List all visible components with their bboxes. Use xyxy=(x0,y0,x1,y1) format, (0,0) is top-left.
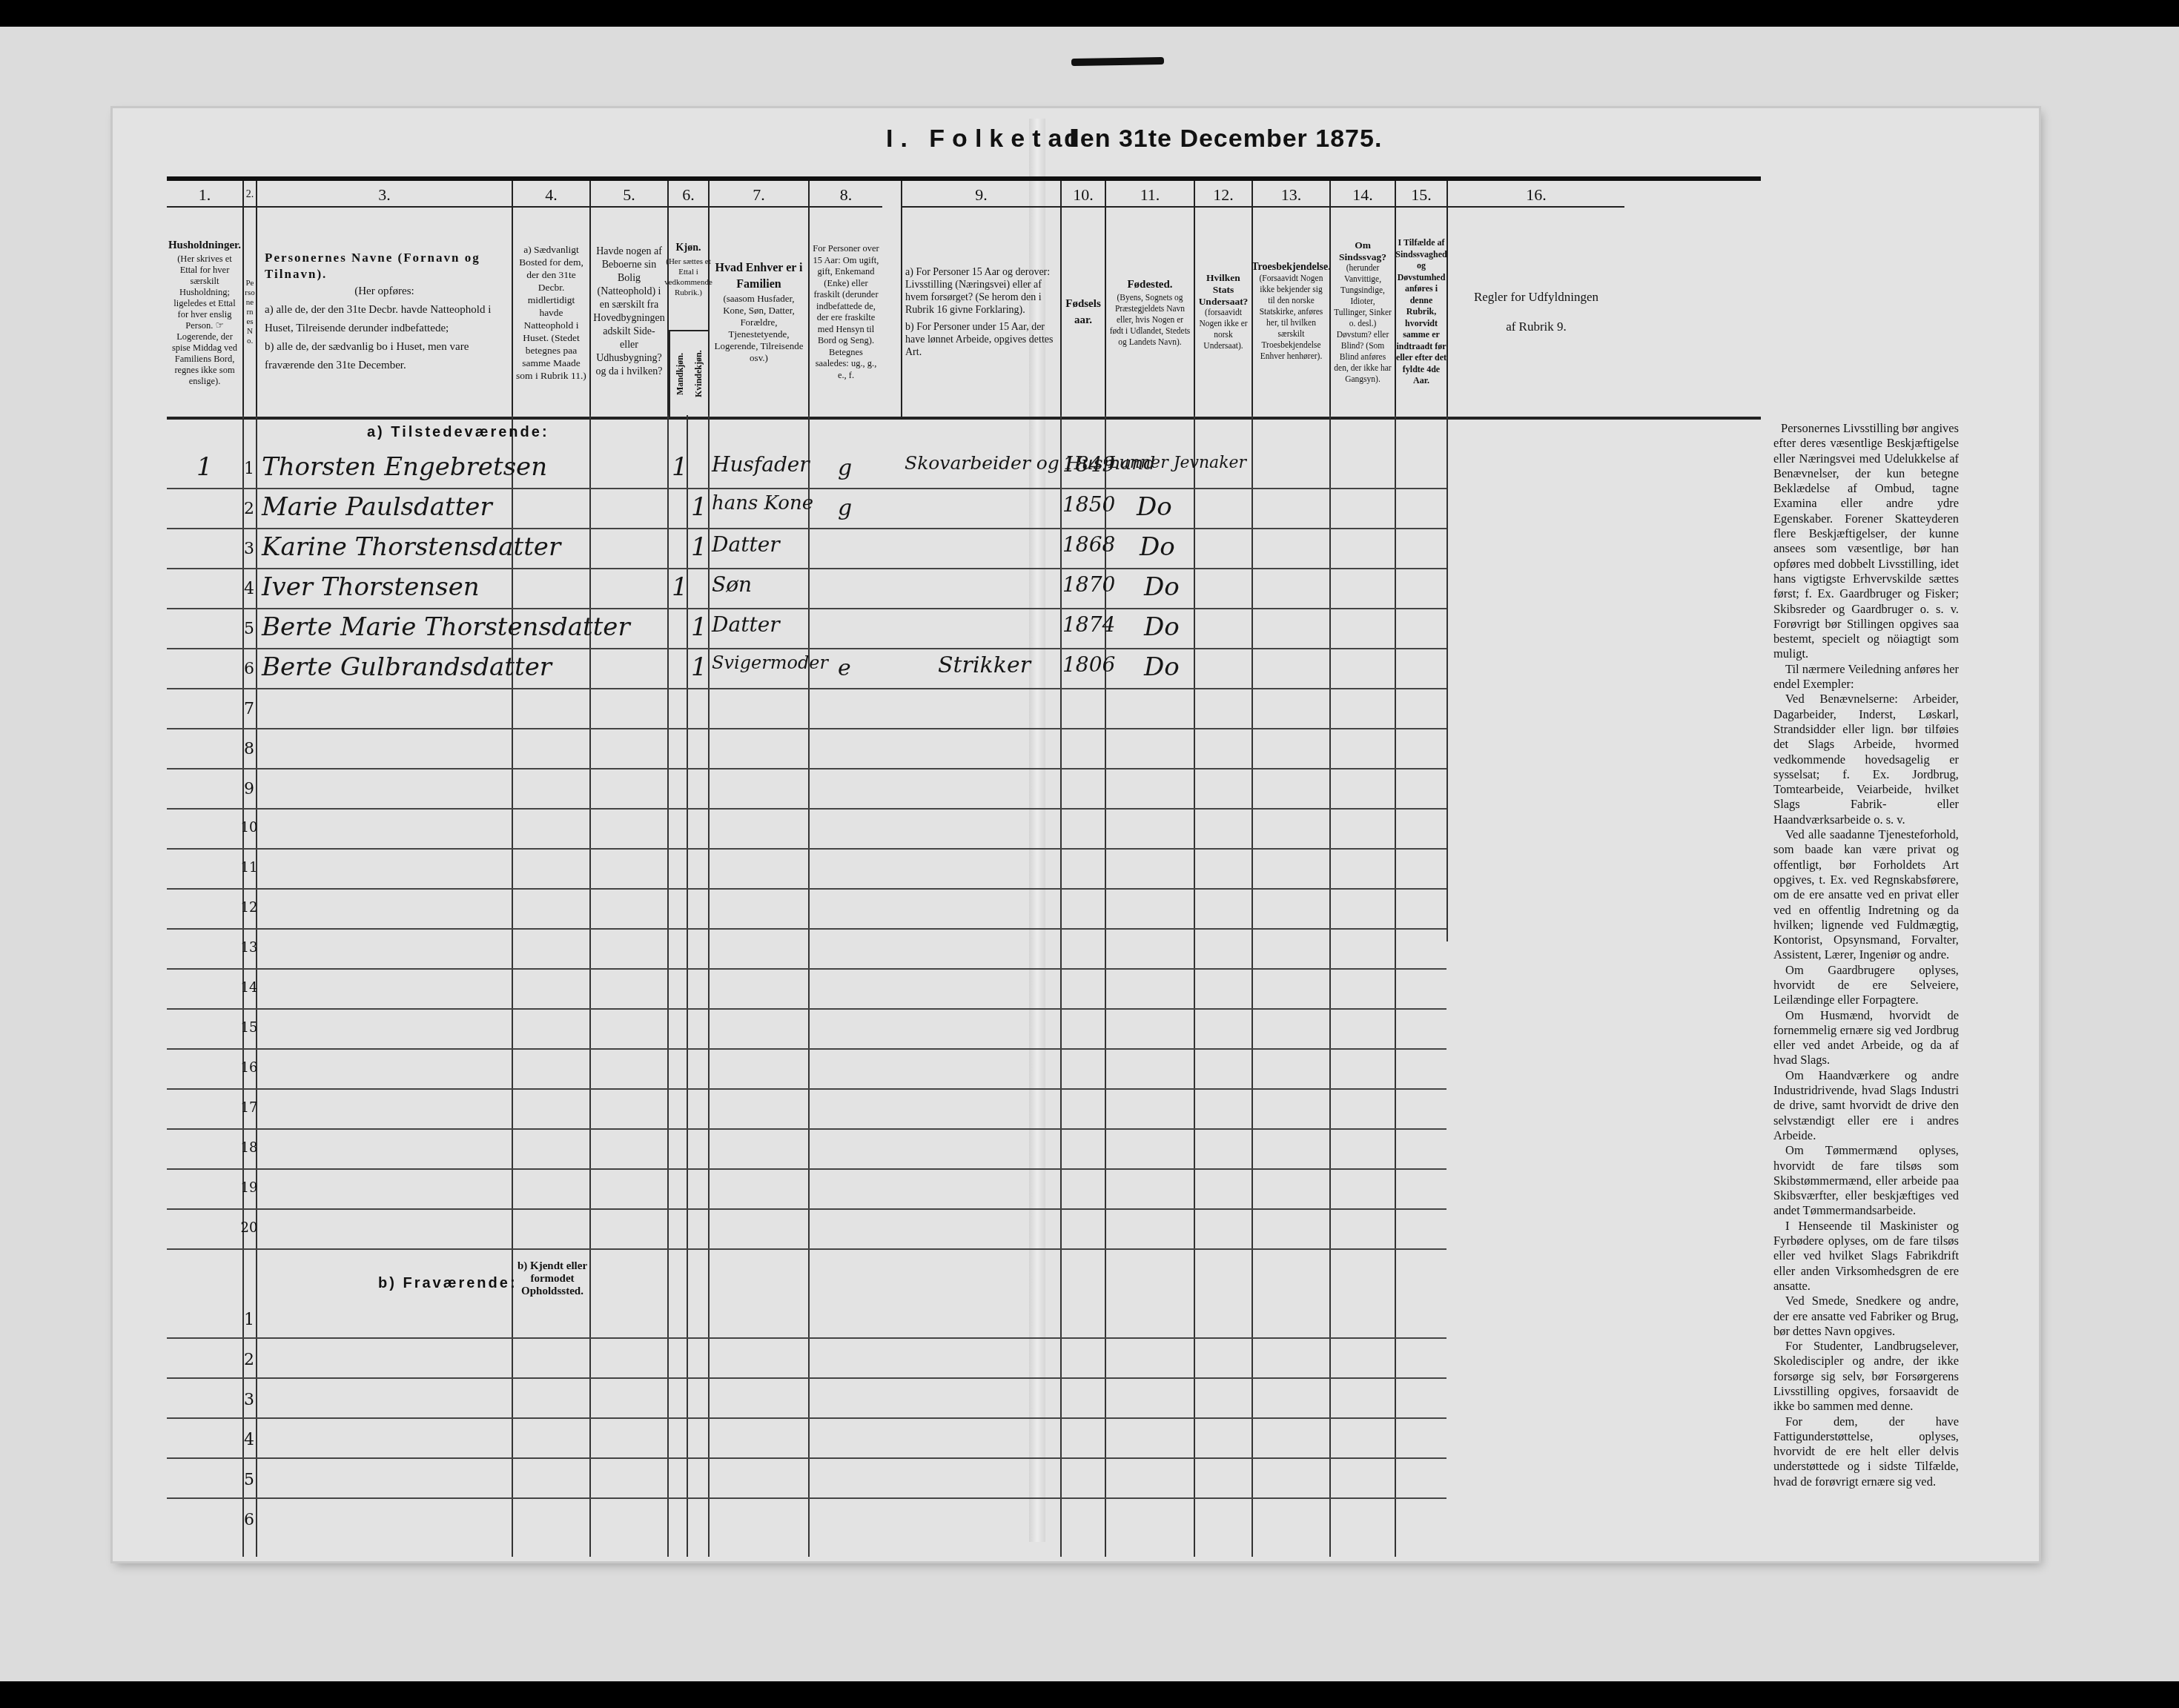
col-16-header: 16. Regler for Udfyldningen af Rubrik 9. xyxy=(1446,181,1624,417)
entry-name: Karine Thorstensdatter xyxy=(262,532,561,562)
rubrik-9-rules-text: Personernes Livsstilling bør angives eft… xyxy=(1773,421,1959,1489)
row-line xyxy=(167,728,1446,729)
col-14-header: 14. Om Sindssvag?(herunder Vanvittige, T… xyxy=(1329,181,1395,417)
female-subheader: Kvindekjøn. xyxy=(690,331,708,417)
row-number: 11 xyxy=(236,860,262,875)
row-number: 12 xyxy=(236,900,262,916)
row-number: 2 xyxy=(236,500,262,518)
col-5-header: 5. Havde nogen af Beboerne sin Bolig (Na… xyxy=(589,181,667,417)
divider xyxy=(589,415,591,1557)
row-line xyxy=(167,808,1446,810)
birthplace: Do xyxy=(1144,652,1180,682)
row-line xyxy=(167,1248,1446,1250)
divider xyxy=(1060,415,1062,1557)
col-1-header: 1. Husholdninger.(Her skrives et Ettal f… xyxy=(167,181,242,417)
row-line xyxy=(167,608,1446,609)
entry-role: Svigermoder xyxy=(712,652,828,673)
row-line xyxy=(167,848,1446,850)
birth-year: 1850 xyxy=(1062,492,1115,517)
row-number: 1 xyxy=(236,1311,262,1329)
col-10-header: 10. Fødselsaar. xyxy=(1060,181,1105,417)
row-line xyxy=(167,1088,1446,1090)
birth-year: 1806 xyxy=(1062,652,1115,677)
divider xyxy=(1329,415,1331,1557)
form-date: den 31te December 1875. xyxy=(1064,125,1382,153)
absent-col4-label: b) Kjendt eller formodet Opholdssted. xyxy=(515,1260,589,1298)
entry-occupation: Strikker xyxy=(938,652,1031,678)
row-number: 6 xyxy=(236,1511,262,1529)
row-line xyxy=(167,768,1446,769)
row-number: 6 xyxy=(236,660,262,678)
divider xyxy=(1395,415,1396,1557)
row-number: 13 xyxy=(236,940,262,956)
entry-name: Iver Thorstensen xyxy=(262,572,480,602)
row-number: 3 xyxy=(236,540,262,558)
birth-year: 1874 xyxy=(1062,612,1115,637)
row-line xyxy=(167,928,1446,930)
civil-status: e xyxy=(838,655,851,681)
entry-name: Berte Marie Thorstensdatter xyxy=(262,612,630,642)
row-number: 9 xyxy=(236,780,262,798)
entry-role: Datter xyxy=(712,612,780,637)
divider xyxy=(667,415,669,1557)
entry-role: Søn xyxy=(712,572,752,597)
row-line xyxy=(167,968,1446,970)
entry-role: Husfader xyxy=(712,452,810,477)
divider xyxy=(512,415,513,1557)
row-number: 15 xyxy=(236,1020,262,1036)
entry-role: Datter xyxy=(712,532,780,557)
row-number: 18 xyxy=(236,1140,262,1156)
row-number: 1 xyxy=(236,460,262,478)
birth-year: 1849 xyxy=(1062,452,1115,477)
col-3-header: 3. Personernes Navne (Fornavn og Tilnavn… xyxy=(256,181,512,417)
row-number: 4 xyxy=(236,1431,262,1449)
divider xyxy=(808,415,810,1557)
row-line xyxy=(167,888,1446,890)
col-2-header: 2. Personernes No. xyxy=(242,181,256,417)
entry-role: hans Kone xyxy=(712,492,813,514)
entry-name: Marie Paulsdatter xyxy=(262,492,492,522)
birthplace: Do xyxy=(1144,612,1180,642)
col-7-header: 7. Hvad Enhver er i Familien(saasom Husf… xyxy=(708,181,808,417)
divider xyxy=(1194,415,1195,1557)
birthplace: Do xyxy=(1144,572,1180,602)
col-8-header: 8. For Personer over 15 Aar: Om ugift, g… xyxy=(808,181,882,417)
col-12-header: 12. Hvilken Stats Undersaat?(forsaavidt … xyxy=(1194,181,1251,417)
male-mark: 1 xyxy=(672,572,688,602)
row-number: 8 xyxy=(236,740,262,758)
birth-year: 1868 xyxy=(1062,532,1115,557)
row-number: 4 xyxy=(236,580,262,598)
row-line xyxy=(167,528,1446,529)
row-line xyxy=(167,688,1446,689)
row-number: 10 xyxy=(236,820,262,835)
entry-name: Thorsten Engebretsen xyxy=(262,452,547,482)
row-number: 5 xyxy=(236,1471,262,1489)
row-line xyxy=(167,1048,1446,1050)
row-line xyxy=(167,1377,1446,1379)
census-table-body: a) Tilstedeværende: 1 2 3 4 5 6 7 8 9 10… xyxy=(167,415,1761,1557)
female-mark: 1 xyxy=(691,652,707,682)
row-number: 5 xyxy=(236,620,262,638)
divider xyxy=(1446,415,1448,941)
col-15-header: 15. I Tilfælde af Sindssvaghed og Døvstu… xyxy=(1395,181,1446,417)
absent-section-label: b) Fraværende: xyxy=(378,1275,518,1292)
divider xyxy=(1251,415,1253,1557)
row-line xyxy=(167,1128,1446,1130)
row-number: 2 xyxy=(236,1351,262,1369)
entry-name: Berte Gulbrandsdatter xyxy=(262,652,552,682)
row-line xyxy=(167,1497,1446,1499)
female-mark: 1 xyxy=(691,612,707,642)
row-number: 3 xyxy=(236,1391,262,1409)
row-line xyxy=(167,1208,1446,1210)
row-line xyxy=(167,1337,1446,1339)
birth-year: 1870 xyxy=(1062,572,1115,597)
row-line xyxy=(167,1457,1446,1459)
column-headers: 1. Husholdninger.(Her skrives et Ettal f… xyxy=(167,176,1761,420)
row-number: 7 xyxy=(236,700,262,718)
civil-status: g xyxy=(838,455,852,481)
col-6-header: 6. Kjøn.(Her sættes et Ettal i vedkommen… xyxy=(667,181,708,417)
birthplace: Lunner Jevnaker xyxy=(1108,454,1246,472)
col-13-header: 13. Troesbekjendelse.(Forsaavidt Nogen i… xyxy=(1251,181,1329,417)
male-subheader: Mandkjøn. xyxy=(669,331,690,417)
form-title: I. Folketal xyxy=(886,125,1084,153)
row-number: 19 xyxy=(236,1180,262,1196)
female-mark: 1 xyxy=(691,532,707,562)
row-line xyxy=(167,1417,1446,1419)
row-line xyxy=(167,1008,1446,1010)
birthplace: Do xyxy=(1140,532,1175,562)
present-section-label: a) Tilstedeværende: xyxy=(367,424,549,441)
col-9-header: 9. a) For Personer 15 Aar og derover: Li… xyxy=(901,181,1060,417)
row-number: 20 xyxy=(236,1220,262,1236)
row-line xyxy=(167,488,1446,489)
row-line xyxy=(167,1168,1446,1170)
col-11-header: 11. Fødested.(Byens, Sognets og Præstegj… xyxy=(1105,181,1194,417)
col-4-header: 4. a) Sædvanligt Bosted for dem, der den… xyxy=(512,181,589,417)
female-mark: 1 xyxy=(691,492,707,522)
row-number: 14 xyxy=(236,980,262,996)
civil-status: g xyxy=(838,495,852,521)
row-number: 17 xyxy=(236,1100,262,1116)
birthplace: Do xyxy=(1137,492,1172,522)
divider xyxy=(708,415,710,1557)
row-line xyxy=(167,648,1446,649)
row-line xyxy=(167,568,1446,569)
row-number: 16 xyxy=(236,1060,262,1076)
male-mark: 1 xyxy=(672,452,688,482)
household-mark: 1 xyxy=(196,452,213,482)
